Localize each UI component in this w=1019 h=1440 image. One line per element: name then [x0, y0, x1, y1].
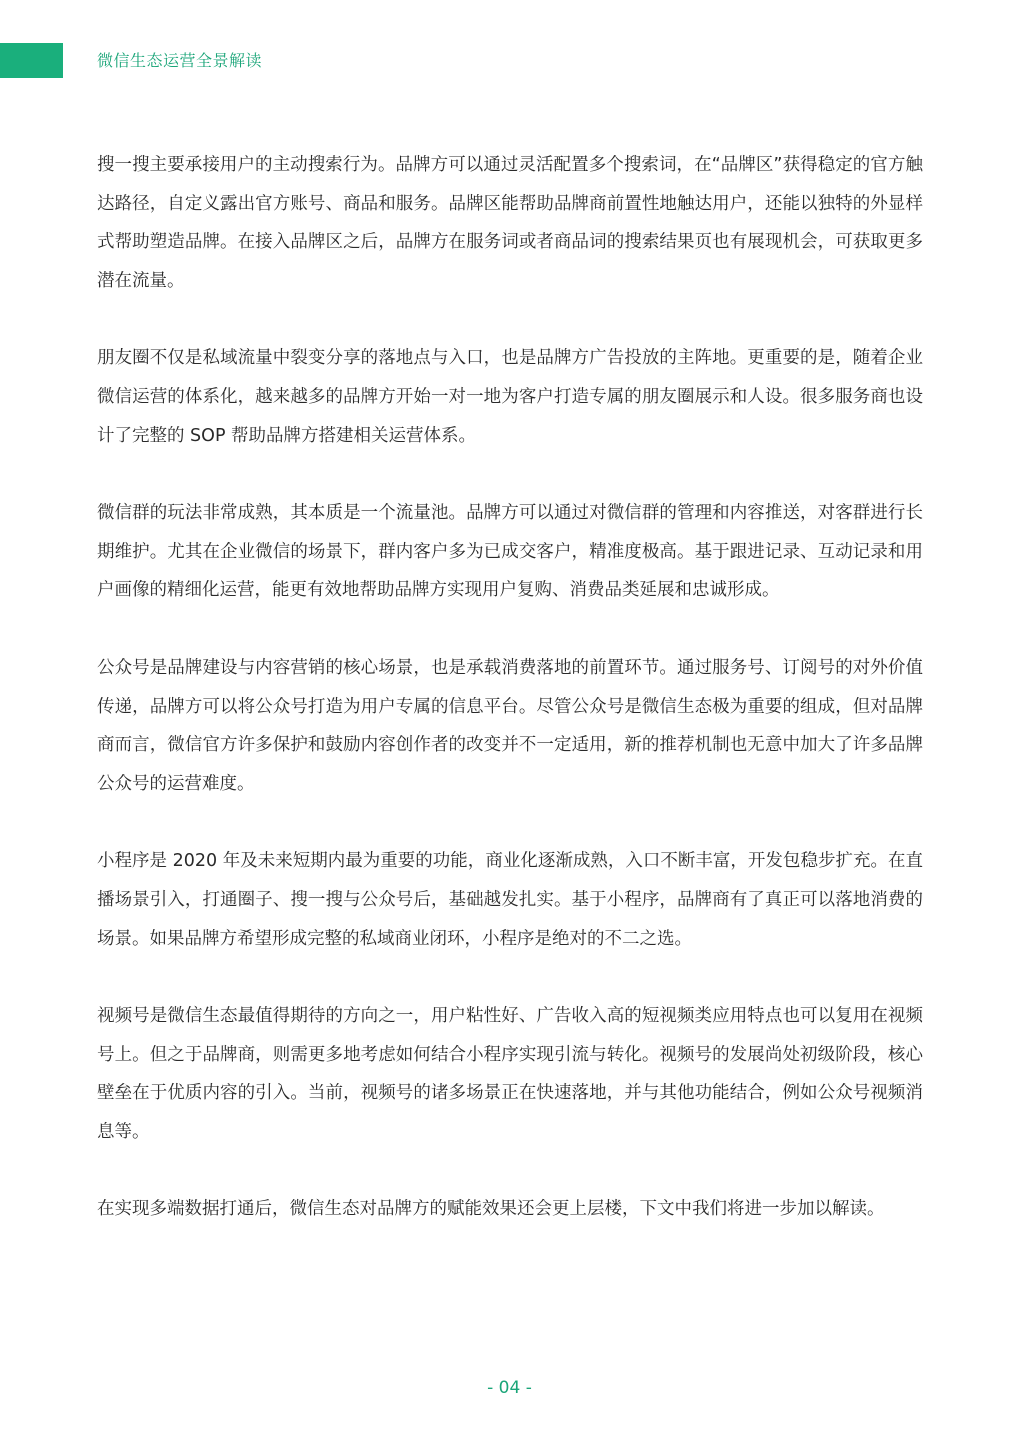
paragraph-search: 搜一搜主要承接用户的主动搜索行为。品牌方可以通过灵活配置多个搜索词，在“品牌区”… — [97, 146, 923, 300]
header-accent-block — [0, 43, 63, 78]
paragraph-moments: 朋友圈不仅是私域流量中裂变分享的落地点与入口，也是品牌方广告投放的主阵地。更重要… — [97, 339, 923, 455]
paragraph-official-accounts: 公众号是品牌建设与内容营销的核心场景，也是承载消费落地的前置环节。通过服务号、订… — [97, 649, 923, 803]
paragraph-channels: 视频号是微信生态最值得期待的方向之一，用户粘性好、广告收入高的短视频类应用特点也… — [97, 997, 923, 1151]
paragraph-mini-programs: 小程序是 2020 年及未来短期内最为重要的功能，商业化逐渐成熟，入口不断丰富，… — [97, 842, 923, 958]
page-number: - 04 - — [0, 1377, 1019, 1399]
document-body: 搜一搜主要承接用户的主动搜索行为。品牌方可以通过灵活配置多个搜索词，在“品牌区”… — [97, 146, 923, 1268]
paragraph-conclusion: 在实现多端数据打通后，微信生态对品牌方的赋能效果还会更上层楼，下文中我们将进一步… — [97, 1190, 923, 1229]
document-title: 微信生态运营全景解读 — [97, 50, 262, 72]
paragraph-wechat-groups: 微信群的玩法非常成熟，其本质是一个流量池。品牌方可以通过对微信群的管理和内容推送… — [97, 494, 923, 610]
